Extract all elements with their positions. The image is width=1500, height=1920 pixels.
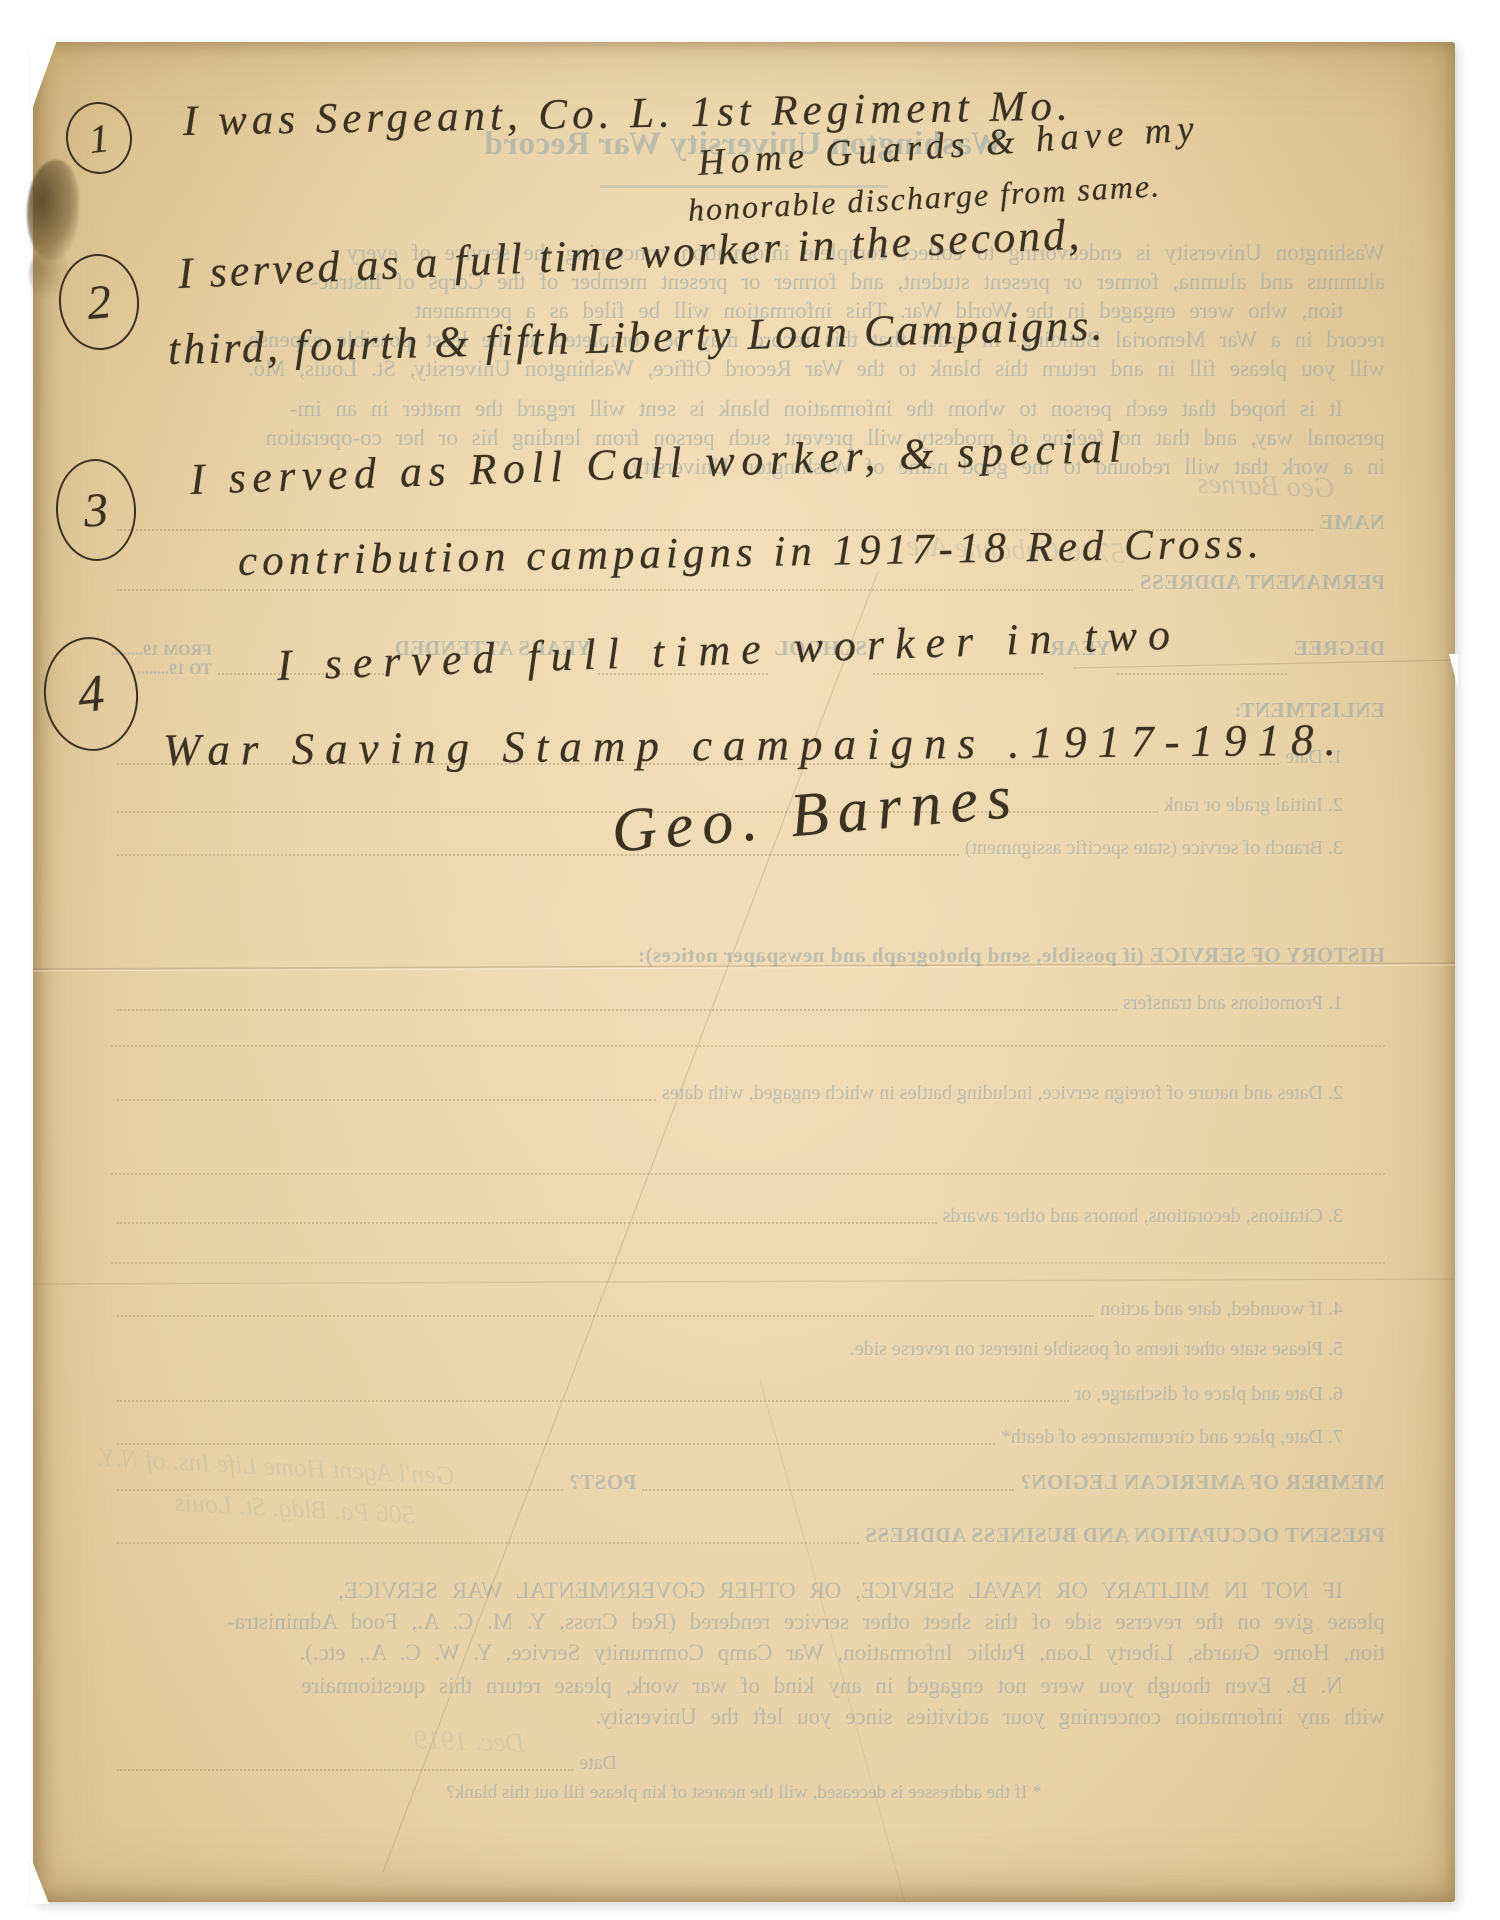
nb-line: N. B. Even though you were not engaged i… [111, 1670, 1385, 1701]
dotted-rule [111, 1045, 1385, 1047]
ink-stain-small [29, 247, 69, 299]
dotted-leader [117, 1222, 937, 1224]
edge-notch-right [1449, 654, 1458, 688]
if-not-line: please give on the reverse side of this … [111, 1606, 1385, 1637]
history-4-label: 4. If wounded, date and action [1100, 1298, 1343, 1321]
dotted-leader [117, 589, 1133, 591]
history-label: HISTORY OF SERVICE (if possible, send ph… [638, 943, 1386, 968]
occupation-row: PRESENT OCCUPATION AND BUSINESS ADDRESS [111, 1523, 1385, 1548]
dotted-leader [117, 1315, 1094, 1317]
dotted-leader [117, 854, 959, 856]
history-2-row: 2. Dates and nature of foreign service, … [111, 1082, 1385, 1105]
dotted-leader [117, 1443, 995, 1445]
history-7-row: 7. Date, place and circumstances of deat… [111, 1426, 1385, 1449]
dotted-rule [111, 1173, 1385, 1175]
dotted-leader [642, 1489, 1013, 1491]
dotted-leader [117, 1009, 1117, 1011]
dotted-leader [1117, 673, 1287, 675]
history-1-row: 1. Promotions and transfers [111, 992, 1385, 1015]
hope-line: It is hoped that each person to whom the… [111, 394, 1385, 423]
dotted-leader [117, 1400, 1069, 1402]
history-4-row: 4. If wounded, date and action [111, 1298, 1385, 1321]
date-label: Date [579, 1752, 617, 1775]
occupation-label: PRESENT OCCUPATION AND BUSINESS ADDRESS [865, 1523, 1385, 1548]
nb-line: with any information concerning your act… [111, 1701, 1385, 1732]
enlistment-2-label: 2. Initial grade or rank [1164, 794, 1343, 817]
nb-paragraph: N. B. Even though you were not engaged i… [111, 1670, 1385, 1732]
dotted-leader [873, 673, 1043, 675]
history-6-label: 6. Date and place of discharge, or [1075, 1383, 1343, 1406]
ink-stain [27, 160, 79, 260]
dotted-leader [117, 1099, 656, 1101]
questionnaire-page: Washington University War Record Washing… [33, 42, 1455, 1902]
legion-label: MEMBER OF AMERICAN LEGION? [1020, 1470, 1385, 1495]
history-2-label: 2. Dates and nature of foreign service, … [662, 1082, 1343, 1105]
torn-corner-top-left [31, 40, 57, 112]
dotted-leader [117, 1542, 859, 1544]
post-label: POST? [569, 1470, 637, 1495]
enlistment-3-label: 3. Branch of service (state specific ass… [965, 837, 1343, 860]
history-1-label: 1. Promotions and transfers [1123, 992, 1343, 1015]
footnote-text: * If the addressee is deceased, will the… [446, 1782, 1041, 1804]
history-5-row: 5. Please state other items of possible … [111, 1338, 1385, 1361]
history-6-row: 6. Date and place of discharge, or [111, 1383, 1385, 1406]
dotted-rule [111, 1262, 1385, 1264]
if-not-line: IF NOT IN MILITARY OR NAVAL SERVICE, OR … [111, 1575, 1385, 1606]
history-3-label: 3. Citations, decorations, honors and ot… [943, 1205, 1343, 1228]
history-3-row: 3. Citations, decorations, honors and ot… [111, 1205, 1385, 1228]
history-heading-row: HISTORY OF SERVICE (if possible, send ph… [111, 943, 1385, 968]
degree-label: DEGREE [1293, 636, 1385, 661]
torn-corner-bottom-left [31, 1858, 49, 1904]
address-label: PERMANENT ADDRESS [1139, 570, 1385, 595]
date-row: Date [111, 1752, 617, 1775]
scan-background: Washington University War Record Washing… [0, 0, 1500, 1920]
dotted-leader [117, 1769, 573, 1771]
history-5-label: 5. Please state other items of possible … [850, 1338, 1343, 1361]
date-entry-bleed: Dec. 1919 [414, 1724, 526, 1759]
if-not-paragraph: IF NOT IN MILITARY OR NAVAL SERVICE, OR … [111, 1575, 1385, 1668]
answer-4-line-2: War Saving Stamp campaigns .1917-1918. [163, 714, 1347, 776]
history-7-label: 7. Date, place and circumstances of deat… [1001, 1426, 1343, 1449]
if-not-line: tion, Home Guards, Liberty Loan, Public … [111, 1637, 1385, 1668]
name-entry-bleed: Geo Barnes [1197, 468, 1336, 506]
name-label: NAME [1319, 510, 1385, 535]
footnote-row: * If the addressee is deceased, will the… [33, 1782, 1455, 1804]
